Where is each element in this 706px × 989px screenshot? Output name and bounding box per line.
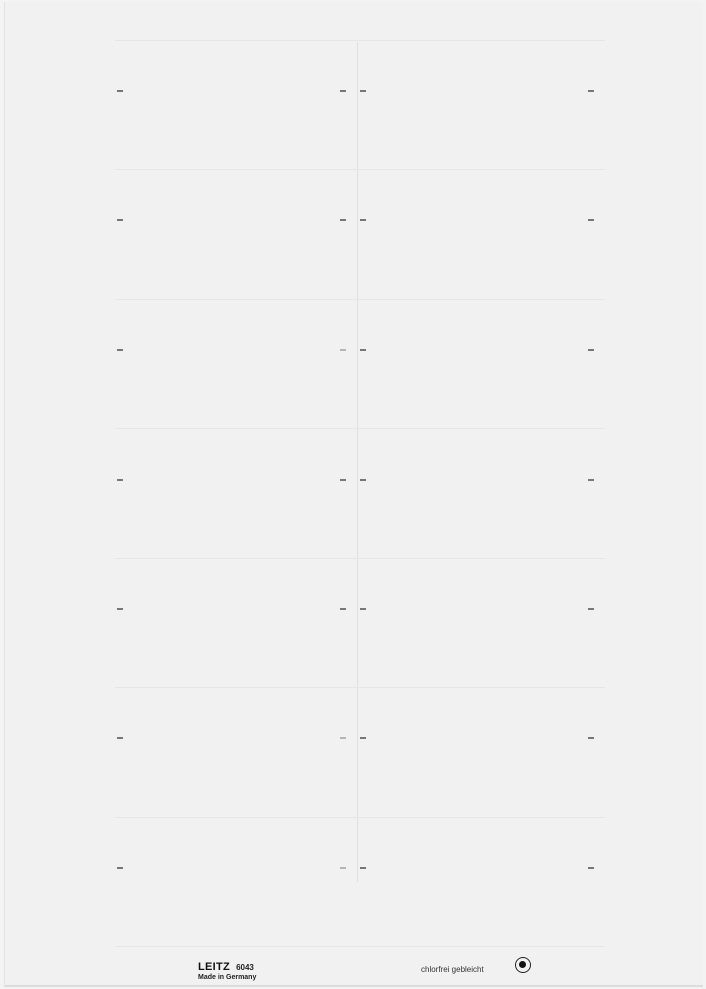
crop-mark [340, 349, 346, 351]
label-divider [115, 299, 605, 300]
crop-mark [360, 867, 366, 869]
origin-text: Made in Germany [198, 974, 256, 981]
crop-mark [360, 349, 366, 351]
crop-mark [588, 479, 594, 481]
label-divider [115, 40, 605, 41]
crop-mark [588, 737, 594, 739]
crop-mark [340, 867, 346, 869]
label-divider [115, 428, 605, 429]
eco-text: chlorfrei gebleicht [421, 965, 484, 974]
crop-mark [117, 90, 123, 92]
crop-mark [340, 90, 346, 92]
label-divider [115, 817, 605, 818]
label-sheet: LEITZ6043 Made in Germany chlorfrei gebl… [4, 2, 703, 987]
label-divider [115, 687, 605, 688]
crop-mark [117, 479, 123, 481]
crop-mark [588, 219, 594, 221]
chlorine-free-seal-icon [515, 957, 531, 973]
crop-mark [360, 737, 366, 739]
crop-mark [340, 608, 346, 610]
crop-mark [360, 608, 366, 610]
crop-mark [588, 867, 594, 869]
crop-mark [588, 90, 594, 92]
crop-mark [340, 479, 346, 481]
crop-mark [360, 219, 366, 221]
brand-name: LEITZ [198, 961, 230, 973]
label-divider [115, 169, 605, 170]
label-divider [115, 946, 605, 947]
crop-mark [117, 349, 123, 351]
brand-block: LEITZ6043 Made in Germany [198, 957, 256, 981]
center-fold-line [357, 42, 358, 882]
crop-mark [117, 867, 123, 869]
product-code: 6043 [236, 963, 254, 972]
crop-mark [360, 479, 366, 481]
crop-mark [117, 608, 123, 610]
crop-mark [117, 737, 123, 739]
crop-mark [340, 737, 346, 739]
label-divider [115, 558, 605, 559]
crop-mark [588, 349, 594, 351]
crop-mark [588, 608, 594, 610]
crop-mark [360, 90, 366, 92]
crop-mark [340, 219, 346, 221]
crop-mark [117, 219, 123, 221]
